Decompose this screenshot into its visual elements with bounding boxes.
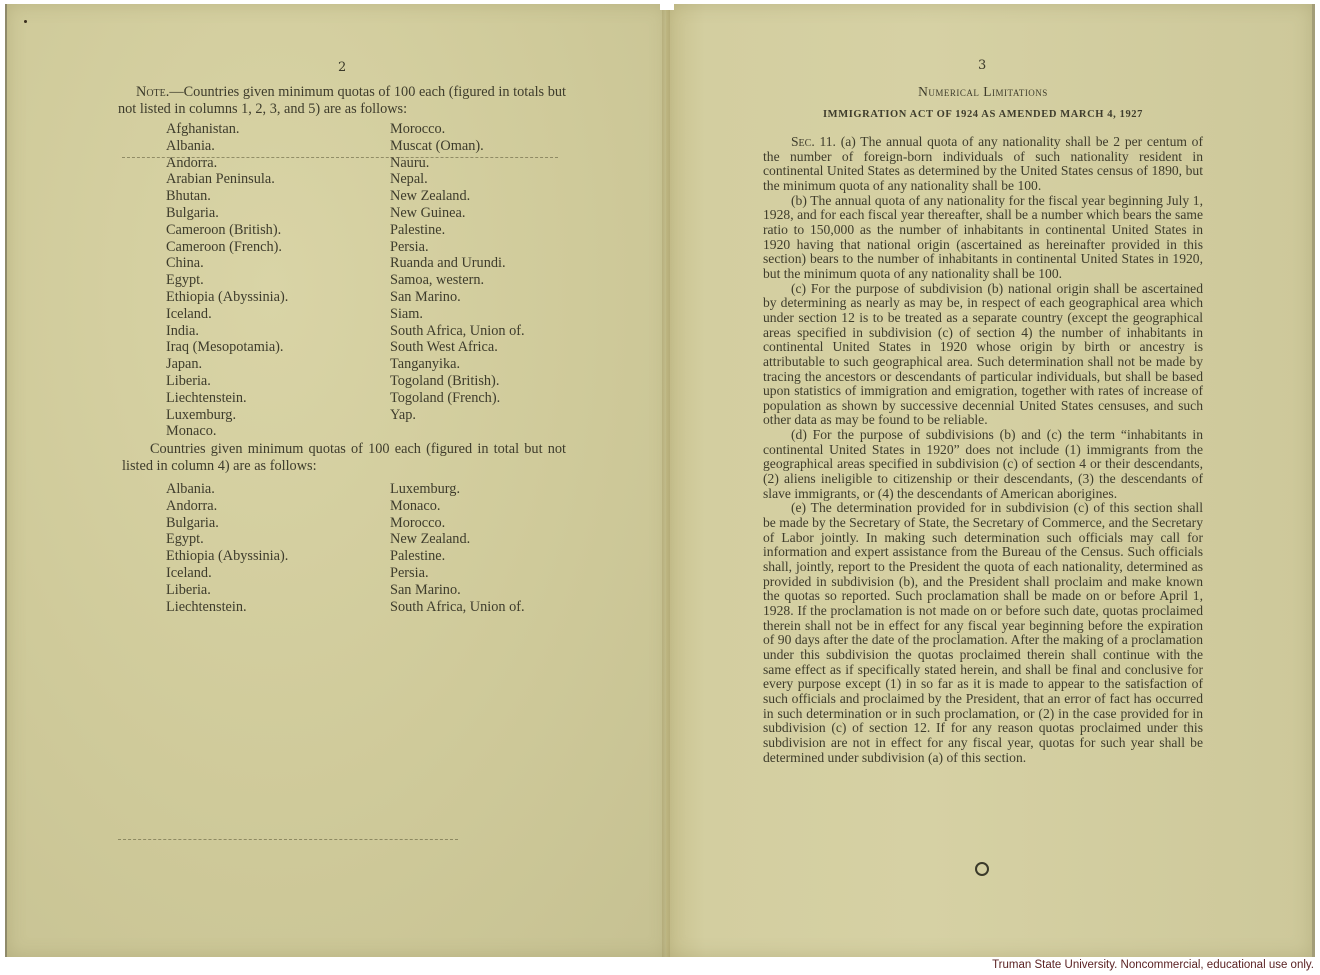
country-item: Arabian Peninsula. — [166, 171, 288, 188]
country-item: Ethiopia (Abyssinia). — [166, 548, 288, 565]
list2-column2: Luxemburg.Monaco.Morocco.New Zealand.Pal… — [390, 481, 525, 615]
country-item: Iraq (Mesopotamia). — [166, 339, 288, 356]
circle-end-mark-icon — [975, 862, 989, 876]
country-item: Siam. — [390, 306, 525, 323]
country-item: Albania. — [166, 481, 288, 498]
country-item: Persia. — [390, 239, 525, 256]
country-item: Ruanda and Urundi. — [390, 255, 525, 272]
paragraph-c: (c) For the purpose of subdivision (b) n… — [763, 282, 1203, 429]
page-number-right: 3 — [978, 58, 986, 73]
note2-paragraph: Countries given minimum quotas of 100 ea… — [122, 441, 566, 475]
country-item: Nauru. — [390, 155, 525, 172]
country-item: South Africa, Union of. — [390, 323, 525, 340]
country-item: Monaco. — [166, 423, 288, 440]
country-item: New Guinea. — [390, 205, 525, 222]
note-label: Note. — [136, 84, 169, 100]
paragraph-b: (b) The annual quota of any nationality … — [763, 194, 1203, 282]
country-item: Liechtenstein. — [166, 599, 288, 616]
country-item: Nepal. — [390, 171, 525, 188]
note-paragraph: Note.—Countries given minimum quotas of … — [118, 84, 566, 118]
list1-column1: Afghanistan.Albania.Andorra.Arabian Peni… — [166, 121, 288, 440]
left-page — [5, 4, 668, 957]
country-item: Muscat (Oman). — [390, 138, 525, 155]
country-item: Persia. — [390, 565, 525, 582]
country-item: New Zealand. — [390, 531, 525, 548]
country-item: Liechtenstein. — [166, 390, 288, 407]
country-item: Albania. — [166, 138, 288, 155]
country-item: Cameroon (French). — [166, 239, 288, 256]
country-item: Iceland. — [166, 306, 288, 323]
paragraph-d: (d) For the purpose of subdivisions (b) … — [763, 428, 1203, 501]
paper-notch — [660, 0, 674, 10]
country-item: San Marino. — [390, 582, 525, 599]
country-item: Iceland. — [166, 565, 288, 582]
country-item: Egypt. — [166, 272, 288, 289]
note-text: —Countries given minimum quotas of 100 e… — [118, 84, 566, 117]
country-item: Ethiopia (Abyssinia). — [166, 289, 288, 306]
country-item: Andorra. — [166, 155, 288, 172]
country-item: Cameroon (British). — [166, 222, 288, 239]
country-item: Tanganyika. — [390, 356, 525, 373]
country-item: Palestine. — [390, 222, 525, 239]
country-item: San Marino. — [390, 289, 525, 306]
country-item: Monaco. — [390, 498, 525, 515]
country-item: Liberia. — [166, 582, 288, 599]
country-item: South Africa, Union of. — [390, 599, 525, 616]
paragraph-a: Sec. 11. (a) The annual quota of any nat… — [763, 135, 1203, 194]
country-item: Togoland (French). — [390, 390, 525, 407]
page-number-left: 2 — [338, 60, 346, 75]
country-item: Liberia. — [166, 373, 288, 390]
country-item: New Zealand. — [390, 188, 525, 205]
country-item: Bhutan. — [166, 188, 288, 205]
country-item: Luxemburg. — [390, 481, 525, 498]
act-title: IMMIGRATION ACT OF 1924 AS AMENDED MARCH… — [760, 109, 1206, 120]
country-item: Afghanistan. — [166, 121, 288, 138]
list2-column1: Albania.Andorra.Bulgaria.Egypt.Ethiopia … — [166, 481, 288, 615]
section-title: Numerical Limitations — [760, 84, 1206, 100]
country-item: Yap. — [390, 407, 525, 424]
country-item: Morocco. — [390, 121, 525, 138]
country-item: Japan. — [166, 356, 288, 373]
country-item: Luxemburg. — [166, 407, 288, 424]
country-item: Andorra. — [166, 498, 288, 515]
section-lead: Sec. 11. — [791, 134, 836, 149]
country-item: South West Africa. — [390, 339, 525, 356]
country-item: Morocco. — [390, 515, 525, 532]
page-gutter — [662, 4, 670, 957]
country-item: China. — [166, 255, 288, 272]
country-item: Bulgaria. — [166, 515, 288, 532]
country-item: Togoland (British). — [390, 373, 525, 390]
country-item: Palestine. — [390, 548, 525, 565]
credit-line: Truman State University. Noncommercial, … — [992, 959, 1314, 971]
bottom-rule — [118, 839, 458, 840]
statute-body: Sec. 11. (a) The annual quota of any nat… — [763, 135, 1203, 765]
country-item: India. — [166, 323, 288, 340]
list1-column2: Morocco.Muscat (Oman).Nauru.Nepal.New Ze… — [390, 121, 525, 423]
paragraph-e: (e) The determination provided for in su… — [763, 501, 1203, 765]
country-item: Samoa, western. — [390, 272, 525, 289]
paper-speck — [24, 20, 27, 23]
country-item: Bulgaria. — [166, 205, 288, 222]
country-item: Egypt. — [166, 531, 288, 548]
